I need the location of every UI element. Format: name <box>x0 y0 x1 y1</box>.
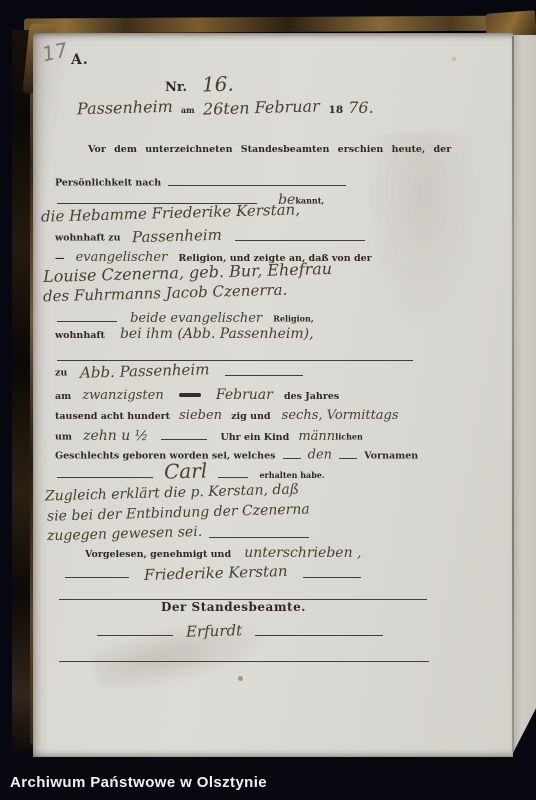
registrar-signature: Erfurdt <box>186 622 243 640</box>
blank-rule <box>209 523 309 538</box>
registrar-label: Der Standesbeamte. <box>161 601 306 614</box>
blank-rule <box>57 307 117 322</box>
paper-stain <box>238 676 243 681</box>
am2-printed: am <box>55 391 71 402</box>
blank-rule <box>57 346 413 361</box>
mother-line: Louise Czenerna, geb. Bur, Ehefrau <box>43 264 332 282</box>
form-section-label: A. <box>71 53 89 68</box>
time-line: um zehn u ½ Uhr ein Kind männlichen <box>55 425 363 444</box>
mother-name: Louise Czenerna, geb. Bur, Ehefrau <box>43 260 333 286</box>
wohnhaft-printed: wohnhaft <box>55 330 105 341</box>
blank-rule <box>59 647 429 662</box>
register-page: 17 A. Nr. 16. Passenheim am 26ten Februa… <box>33 33 513 757</box>
am-printed: am <box>181 105 195 115</box>
vorgelesen-line: Vorgelesen, genehmigt und unterschrieben… <box>85 543 362 561</box>
blank-rule <box>225 361 303 376</box>
father-name: des Fuhrmanns Jacob Czenerra. <box>43 282 288 305</box>
place-handwritten: Passenheim <box>77 98 173 118</box>
ink-blot-strikeout <box>179 393 201 397</box>
intro-printed: Vor dem unterzeichneten Standesbeamten e… <box>88 145 451 155</box>
des-jahres-printed: des Jahres <box>284 391 339 402</box>
unterschrieben-handwritten: unterschrieben , <box>244 545 361 561</box>
birth-day-handwritten: zwanzigsten <box>82 388 163 403</box>
declarant-signature-line: Friederike Kerstan <box>63 563 363 581</box>
uhr-printed: Uhr ein Kind <box>220 432 289 443</box>
child-name-line: Carl erhalten habe. <box>55 460 325 482</box>
declarant-signature: Friederike Kerstan <box>144 563 288 584</box>
note2-handwritten: sie bei der Entbindung der Czenerna <box>47 502 310 525</box>
day-month-handwritten: 26ten Februar <box>202 97 319 118</box>
page-fold-crease <box>512 36 514 752</box>
vorgelesen-printed: Vorgelesen, genehmigt und <box>85 549 231 560</box>
wohnhaft-zu-printed: wohnhaft zu <box>55 233 120 244</box>
blank-rule <box>255 621 383 636</box>
paper-shading <box>363 133 483 333</box>
erhalten-printed: erhalten habe. <box>259 470 324 480</box>
blank-rule <box>65 563 129 578</box>
note3-handwritten: zugegen gewesen sei. <box>47 524 203 544</box>
persoenlichkeit-printed: Persönlichkeit nach <box>55 178 161 189</box>
nr-label: Nr. <box>165 80 187 95</box>
blank-rule <box>283 444 301 459</box>
birthdate-line: am zwanzigsten Februar des Jahres <box>55 385 339 403</box>
book-top-edge <box>24 15 532 33</box>
note-line-2: sie bei der Entbindung der Czenerna <box>47 503 310 521</box>
time-handwritten: zehn u ½ <box>83 428 148 444</box>
residence-handwritten: Passenheim <box>131 226 221 245</box>
persoenlichkeit-line: Persönlichkeit nach <box>55 171 348 189</box>
blank-rule <box>303 563 361 578</box>
child-name: Carl <box>164 459 208 482</box>
place-date-line: Passenheim am 26ten Februar 18 76. <box>77 99 374 117</box>
blank-rule <box>97 621 173 636</box>
archive-watermark-caption: Archiwum Państwowe w Olsztynie <box>10 774 267 791</box>
pencil-note-text: 17 <box>42 38 68 66</box>
blank-rule <box>57 463 153 478</box>
year-printed: 18 <box>329 104 344 116</box>
final-rule <box>59 647 429 665</box>
birthplace-line: zu Abb. Passenheim <box>55 361 305 379</box>
note-line-1: Zugleich erklärt die p. Kerstan, daß <box>45 483 299 501</box>
facing-page-sliver <box>513 35 536 753</box>
zig-und-printed: zig und <box>231 411 270 422</box>
residence-line: wohnhaft zu Passenheim <box>55 226 367 244</box>
blank-rule <box>59 585 427 600</box>
blank-rule <box>168 171 346 186</box>
blank-rule <box>218 463 248 478</box>
lichen-printed: lichen <box>335 432 363 442</box>
photographed-register-page: 17 A. Nr. 16. Passenheim am 26ten Februa… <box>0 0 536 800</box>
blank-rule <box>57 189 257 204</box>
birthplace-handwritten: Abb. Passenheim <box>80 361 210 381</box>
record-number-line: Nr. 16. <box>165 73 234 95</box>
father-line: des Fuhrmanns Jacob Czenerra. <box>43 284 287 302</box>
note-line-3: zugegen gewesen sei. <box>47 523 311 542</box>
wohnhaft-handwritten: bei ihm (Abb. Passenheim), <box>120 326 314 342</box>
declarant-name: die Hebamme Friederike Kerstan, <box>41 201 300 225</box>
zu-printed: zu <box>55 368 67 379</box>
year-word-handwritten: sechs, Vormittags <box>282 408 399 423</box>
declarant-line: die Hebamme Friederike Kerstan, <box>41 204 300 222</box>
religion2-printed: Religion, <box>273 314 313 324</box>
tausend-printed: tausend acht hundert <box>55 411 170 422</box>
year-words-line: tausend acht hundert sieben zig und sech… <box>55 405 399 423</box>
religion-handwritten: evangelischer <box>76 250 168 265</box>
decade-handwritten: sieben <box>179 408 222 423</box>
nr-value: 16. <box>202 73 234 96</box>
note1-handwritten: Zugleich erklärt die p. Kerstan, daß <box>45 482 299 504</box>
year-handwritten: 76. <box>348 98 373 117</box>
paper-stain <box>452 57 456 61</box>
registrar-signature-line: Erfurdt <box>95 621 385 639</box>
pencil-note: 17 <box>42 41 67 63</box>
blank-rule <box>161 425 207 440</box>
dash-printed: — <box>55 253 65 264</box>
birth-month-handwritten: Februar <box>216 387 273 403</box>
um-printed: um <box>55 432 72 443</box>
vornamen-printed: Vornamen <box>364 451 418 462</box>
wohnhaft-bei-line: wohnhaft bei ihm (Abb. Passenheim), <box>55 324 314 342</box>
blank-rule <box>235 226 365 241</box>
gender-handwritten: männ <box>298 429 335 444</box>
blank-rule <box>339 444 357 459</box>
